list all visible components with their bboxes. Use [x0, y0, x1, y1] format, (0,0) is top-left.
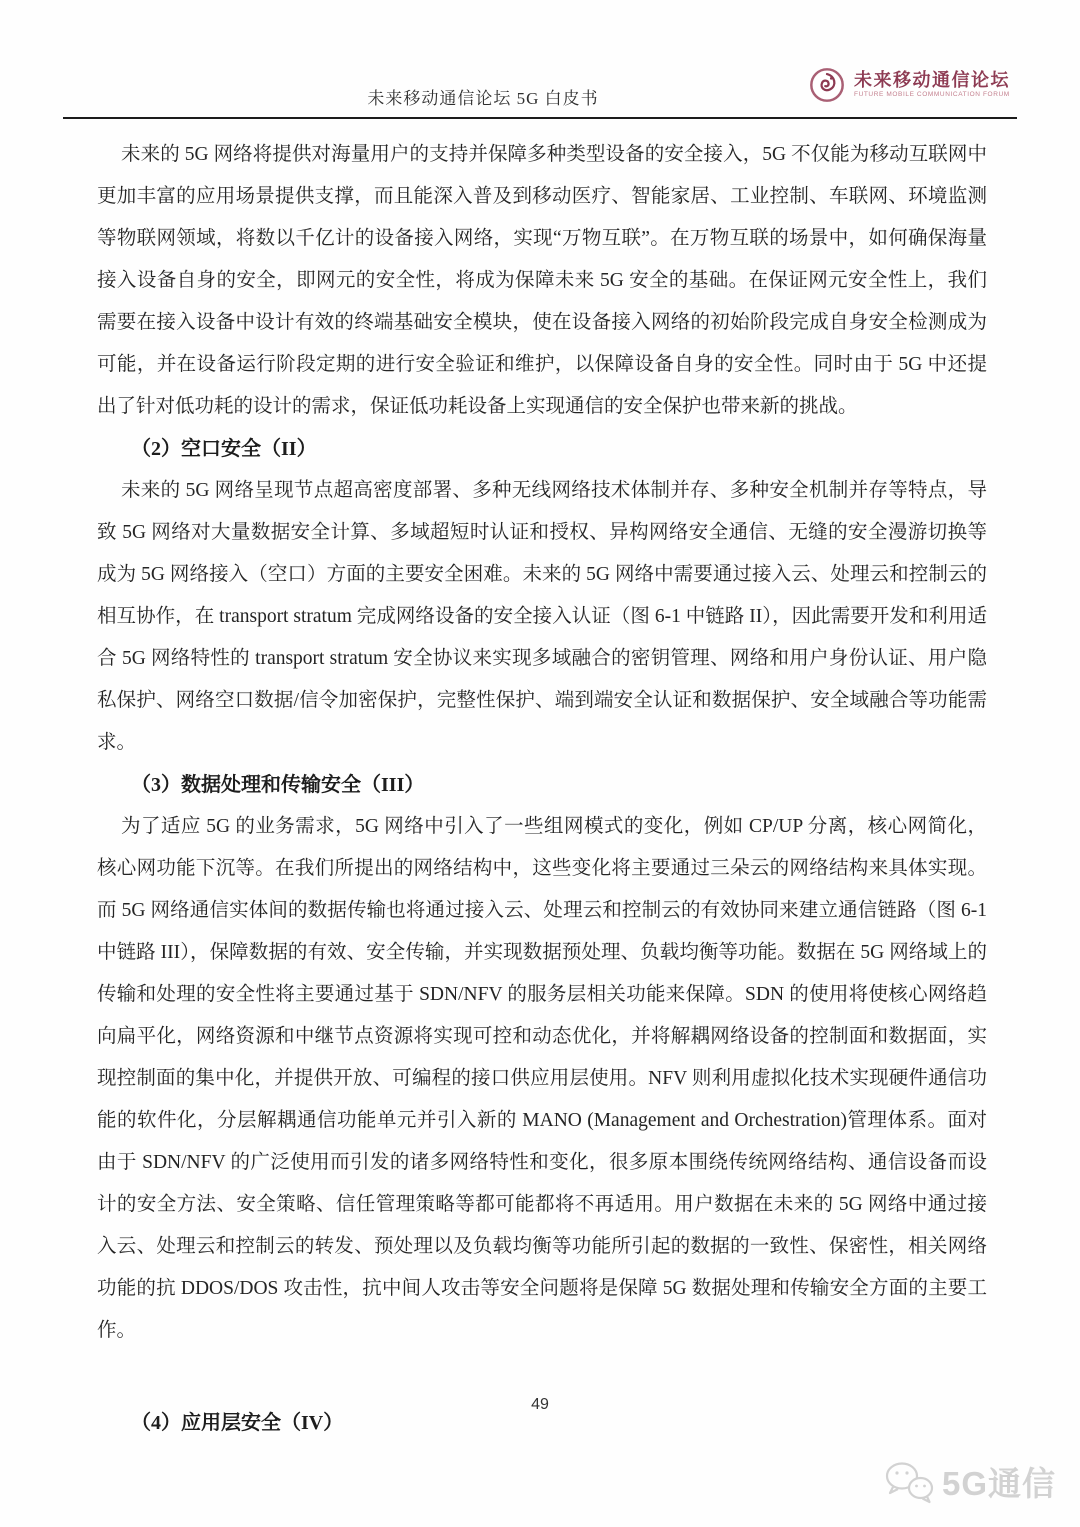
- document-body: 未来的 5G 网络将提供对海量用户的支持并保障多种类型设备的安全接入，5G 不仅…: [97, 134, 987, 1444]
- wechat-icon: [883, 1460, 935, 1504]
- page-number: 49: [0, 1396, 1080, 1414]
- document-page: 未来移动通信论坛 5G 白皮书 未来移动通信论坛 FUTURE MOBILE C…: [0, 0, 1080, 1527]
- paragraph-air-interface-security: 未来的 5G 网络呈现节点超高密度部署、多种无线网络技术体制并存、多种安全机制并…: [97, 470, 987, 764]
- paragraph-device-security: 未来的 5G 网络将提供对海量用户的支持并保障多种类型设备的安全接入，5G 不仅…: [97, 134, 987, 428]
- heading-data-transport-security: （3）数据处理和传输安全（III）: [131, 764, 987, 806]
- heading-air-interface-security: （2）空口安全（II）: [131, 428, 987, 470]
- watermark-label: 5G通信: [942, 1458, 1056, 1505]
- page-header-title: 未来移动通信论坛 5G 白皮书: [367, 84, 598, 109]
- header-divider: [63, 117, 1017, 119]
- forum-logo: 未来移动通信论坛 FUTURE MOBILE COMMUNICATION FOR…: [808, 66, 1010, 104]
- forum-logo-name-en: FUTURE MOBILE COMMUNICATION FORUM: [854, 92, 1010, 99]
- forum-emblem-icon: [808, 66, 846, 104]
- paragraph-data-transport-security: 为了适应 5G 的业务需求，5G 网络中引入了一些组网模式的变化，例如 CP/U…: [97, 806, 987, 1352]
- channel-watermark: 5G通信: [883, 1458, 1056, 1505]
- forum-logo-name-cn: 未来移动通信论坛: [854, 71, 1010, 89]
- forum-logo-text: 未来移动通信论坛 FUTURE MOBILE COMMUNICATION FOR…: [854, 71, 1010, 99]
